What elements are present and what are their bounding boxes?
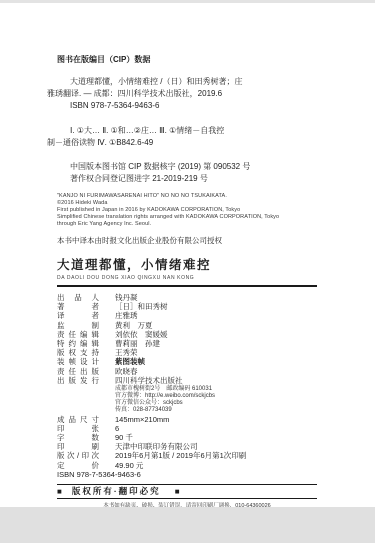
license-note: 本书中译本由时报文化出版企业股份有限公司授权 [57, 236, 317, 246]
colophon-label: 版次/印次 [57, 451, 99, 460]
copyright-notice-row: ■ 版权所有·翻印必究 ■ [57, 485, 317, 498]
colophon-row: 印张 6 [57, 424, 317, 433]
colophon-value: 49.90 元 [115, 461, 317, 470]
colophon-row: 责任编辑 刘依依 窦媛媛 [57, 330, 317, 339]
cip-isbn: ISBN 978-7-5364-9463-6 [57, 100, 317, 112]
colophon-value: 145mm×210mm [115, 415, 317, 424]
colophon-label: 出版发行 [57, 376, 99, 385]
publisher-contact-line: 成都市槐树街2号 邮政编码 610031 [115, 386, 317, 393]
colophon-row: 出版发行 四川科学技术出版社 [57, 376, 317, 385]
rights-line: through Eric Yang Agency Inc. Seoul. [57, 221, 317, 228]
colophon-label: 特约编辑 [57, 339, 99, 348]
publisher-contact-line: 传真：028-87734039 [115, 407, 317, 414]
colophon-value: ［日］和田秀树 [115, 302, 317, 311]
colophon-value: 欧晓春 [115, 367, 317, 376]
colophon-label: 装帧设计 [57, 357, 99, 366]
colophon-value: 钱丹凝 [115, 293, 317, 302]
english-rights-block: "KANJO NI FURIMAWASARENAI HITO" NO NO NO… [57, 193, 317, 228]
book-title: 大道理都懂，小情绪难控 [57, 258, 317, 272]
colophon-label: 成品尺寸 [57, 415, 99, 424]
cip-title-line-1: 大道理都懂，小情绪难控 /（日）和田秀树著；庄 [57, 76, 317, 88]
colophon-row: 出品人 钱丹凝 [57, 293, 317, 302]
divider-bottom [57, 498, 317, 499]
rights-line: "KANJO NI FURIMAWASARENAI HITO" NO NO NO… [57, 193, 317, 200]
isbn-line: ISBN 978-7-5364-9463-6 [57, 470, 317, 479]
black-square-icon: ■ [175, 485, 180, 498]
colophon-row: 字数 90 千 [57, 433, 317, 442]
publisher-contact-lines: 成都市槐树街2号 邮政编码 610031 官方微博：http://e.weibo… [115, 386, 317, 414]
colophon-value: 紫图装帧 [115, 357, 317, 366]
colophon-row: 成品尺寸 145mm×210mm [57, 415, 317, 424]
colophon-label: 监制 [57, 321, 99, 330]
colophon-row: 译者 庄雅琇 [57, 311, 317, 320]
colophon-credits-bottom: 成品尺寸 145mm×210mm 印张 6 字数 90 千 印刷 天津中印联印务… [57, 415, 317, 470]
colophon-value: 2019年6月第1版 / 2019年6月第1次印刷 [115, 451, 317, 460]
colophon-label: 字数 [57, 433, 99, 442]
cip-header: 图书在版编目（CIP）数据 [57, 54, 317, 66]
colophon-label: 印张 [57, 424, 99, 433]
black-square-icon: ■ [57, 485, 62, 498]
book-copyright-page: 图书在版编目（CIP）数据 大道理都懂，小情绪难控 /（日）和田秀树著；庄 雅琇… [0, 0, 375, 543]
copyright-content: 图书在版编目（CIP）数据 大道理都懂，小情绪难控 /（日）和田秀树著；庄 雅琇… [57, 0, 317, 510]
colophon-label: 责任出版 [57, 367, 99, 376]
colophon-row: 监制 黄利 万夏 [57, 321, 317, 330]
colophon-row: 版次/印次 2019年6月第1版 / 2019年6月第1次印刷 [57, 451, 317, 460]
cip-classification-line-2: 制－通俗读物 Ⅳ. ①B842.6-49 [47, 137, 317, 149]
colophon-label: 译者 [57, 311, 99, 320]
colophon-value: 四川科学技术出版社 [115, 376, 317, 385]
rights-line: ©2016 Hideki Wada [57, 200, 317, 207]
colophon-label: 出品人 [57, 293, 99, 302]
title-block: 大道理都懂，小情绪难控 DA DAOLI DOU DONG XIAO QINGX… [57, 258, 317, 287]
colophon-label: 定价 [57, 461, 99, 470]
colophon-value: 黄利 万夏 [115, 321, 317, 330]
colophon-credits-top: 出品人 钱丹凝 著者 ［日］和田秀树 译者 庄雅琇 监制 黄利 万夏 [57, 293, 317, 385]
colophon-row: 特约编辑 曹莉丽 孙建 [57, 339, 317, 348]
colophon-value: 王秀荣 [115, 348, 317, 357]
page-edge-bottom [0, 507, 375, 543]
book-title-pinyin: DA DAOLI DOU DONG XIAO QINGXU NAN KONG [57, 275, 317, 281]
colophon-value: 庄雅琇 [115, 311, 317, 320]
colophon-value: 6 [115, 424, 317, 433]
colophon-value: 刘依依 窦媛媛 [115, 330, 317, 339]
colophon-label: 责任编辑 [57, 330, 99, 339]
cip-title-line-2: 雅琇翻译. — 成都：四川科学技术出版社，2019.6 [47, 88, 317, 100]
copyright-notice: 版权所有·翻印必究 [72, 485, 161, 498]
colophon-value: 曹莉丽 孙建 [115, 339, 317, 348]
publisher-contact-line: 官方微信公众号：sckjcbs [115, 400, 317, 407]
colophon-row: 责任出版 欧晓春 [57, 367, 317, 376]
publisher-contact-line: 官方微博：http://e.weibo.com/sckjcbs [115, 393, 317, 400]
colophon-value: 90 千 [115, 433, 317, 442]
rights-line: First published in Japan in 2016 by KADO… [57, 207, 317, 214]
cip-classification-line-1: Ⅰ. ①大… Ⅱ. ①和…②庄… Ⅲ. ①情绪－自我控 [57, 125, 317, 137]
cip-block: 图书在版编目（CIP）数据 大道理都懂，小情绪难控 /（日）和田秀树著；庄 雅琇… [57, 54, 317, 185]
colophon-row: 定价 49.90 元 [57, 461, 317, 470]
copyright-registration-number: 著作权合同登记图进字 21-2019-219 号 [57, 173, 317, 185]
rights-line: Simplified Chinese translation rights ar… [57, 214, 317, 221]
cip-record-number: 中国版本图书馆 CIP 数据核字 (2019) 第 090532 号 [57, 161, 317, 173]
colophon-row: 装帧设计 紫图装帧 [57, 357, 317, 366]
